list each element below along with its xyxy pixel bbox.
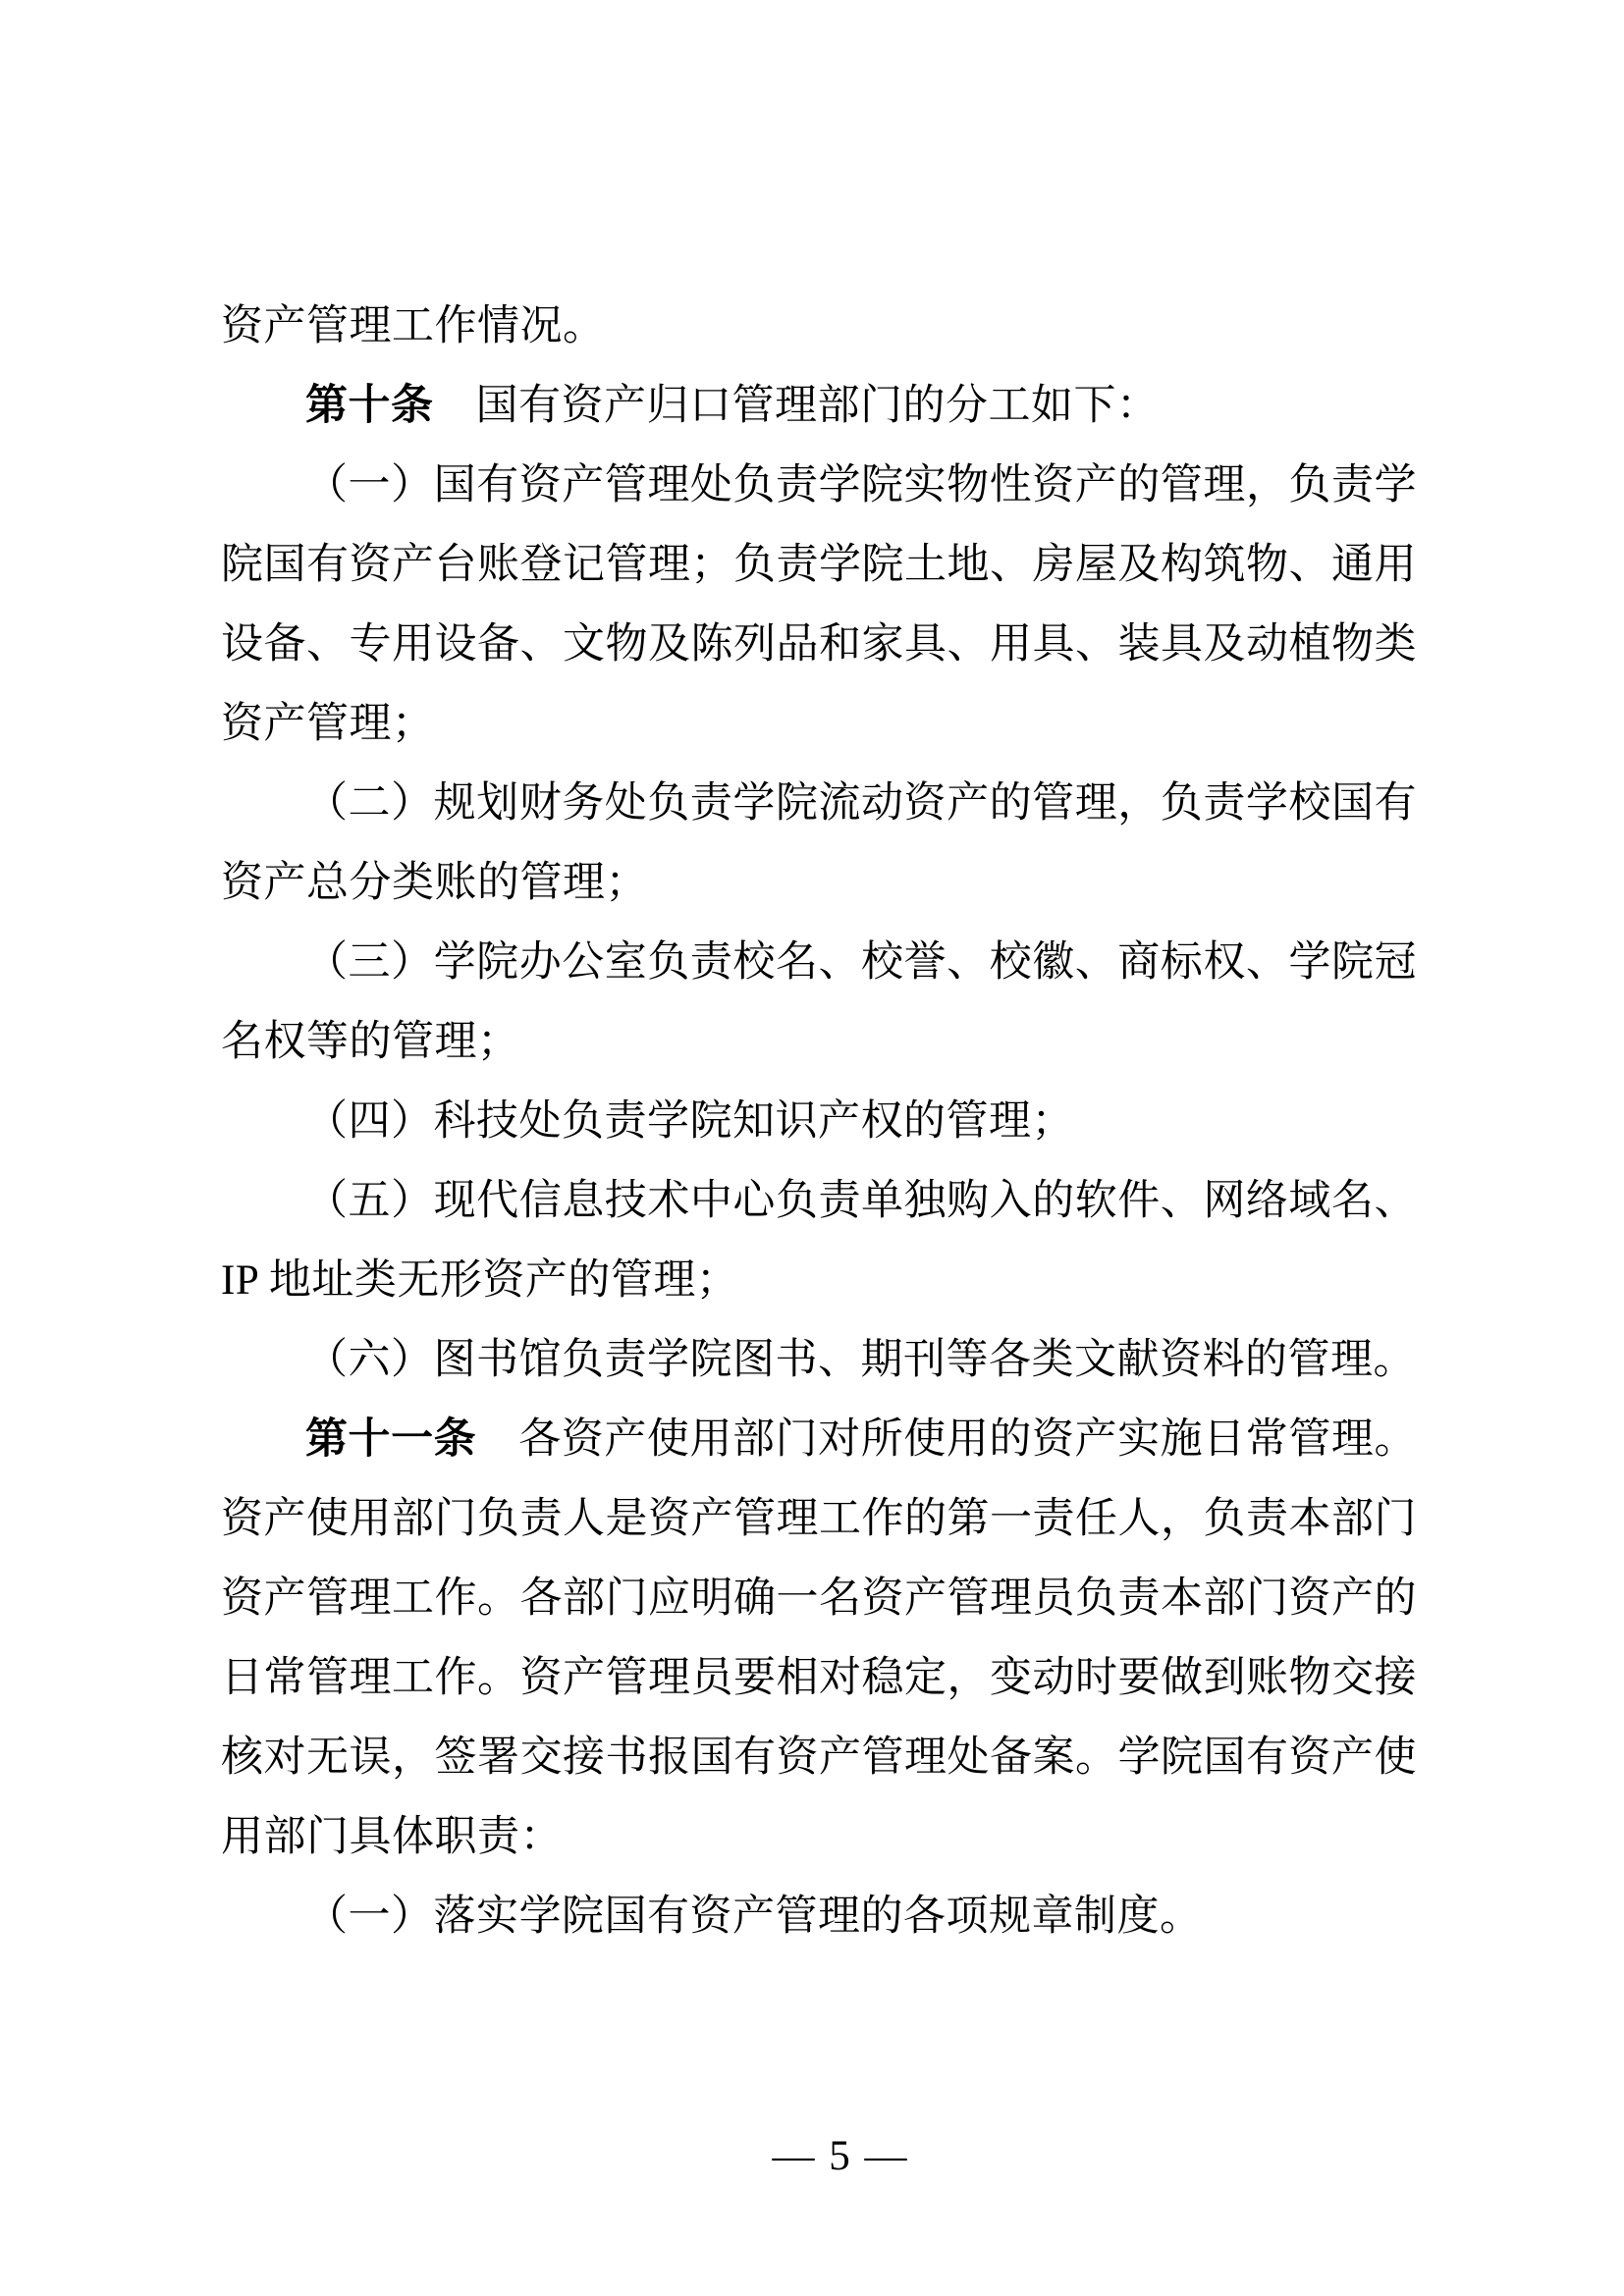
item-7: （一）落实学院国有资产管理的各项规章制度。: [221, 1877, 1417, 1956]
document-body: 资产管理工作情况。 第十条国有资产归口管理部门的分工如下： （一）国有资产管理处…: [221, 287, 1417, 1956]
document-page: 资产管理工作情况。 第十条国有资产归口管理部门的分工如下： （一）国有资产管理处…: [0, 0, 1624, 2296]
item-4: （四）科技处负责学院知识产权的管理；: [221, 1082, 1417, 1161]
item-text: （一）国有资产管理处负责学院实物性资产的管理，负责学院国有资产台账登记管理；负责…: [221, 462, 1417, 747]
page-number: — 5 —: [57, 2132, 1624, 2181]
item-text: （二）规划财务处负责学院流动资产的管理，负责学校国有资产总分类账的管理；: [221, 780, 1417, 906]
article-clause-10: 第十条国有资产归口管理部门的分工如下：: [221, 366, 1417, 446]
item-1: （一）国有资产管理处负责学院实物性资产的管理，负责学院国有资产台账登记管理；负责…: [221, 446, 1417, 764]
item-text: （五）现代信息技术中心负责单独购入的软件、网络域名、IP 地址类无形资产的管理；: [221, 1178, 1417, 1304]
paragraph-text: 资产管理工作情况。: [221, 303, 606, 349]
item-text: （三）学院办公室负责校名、校誉、校徽、商标权、学院冠名权等的管理；: [221, 939, 1417, 1065]
article-clause-11: 第十一条各资产使用部门对所使用的资产实施日常管理。资产使用部门负责人是资产管理工…: [221, 1400, 1417, 1877]
item-text: （一）落实学院国有资产管理的各项规章制度。: [305, 1894, 1203, 1940]
item-text: （四）科技处负责学院知识产权的管理；: [305, 1098, 1074, 1145]
paragraph-continuation: 资产管理工作情况。: [221, 287, 1417, 366]
item-text: （六）图书馆负责学院图书、期刊等各类文献资料的管理。: [305, 1337, 1416, 1383]
article-number: 第十条: [305, 383, 434, 429]
article-number: 第十一条: [305, 1416, 476, 1463]
article-text: 各资产使用部门对所使用的资产实施日常管理。资产使用部门负责人是资产管理工作的第一…: [221, 1416, 1417, 1860]
item-3: （三）学院办公室负责校名、校誉、校徽、商标权、学院冠名权等的管理；: [221, 923, 1417, 1082]
article-text: 国有资产归口管理部门的分工如下：: [476, 383, 1160, 429]
item-6: （六）图书馆负责学院图书、期刊等各类文献资料的管理。: [221, 1320, 1417, 1400]
item-5: （五）现代信息技术中心负责单独购入的软件、网络域名、IP 地址类无形资产的管理；: [221, 1161, 1417, 1320]
item-2: （二）规划财务处负责学院流动资产的管理，负责学校国有资产总分类账的管理；: [221, 764, 1417, 923]
